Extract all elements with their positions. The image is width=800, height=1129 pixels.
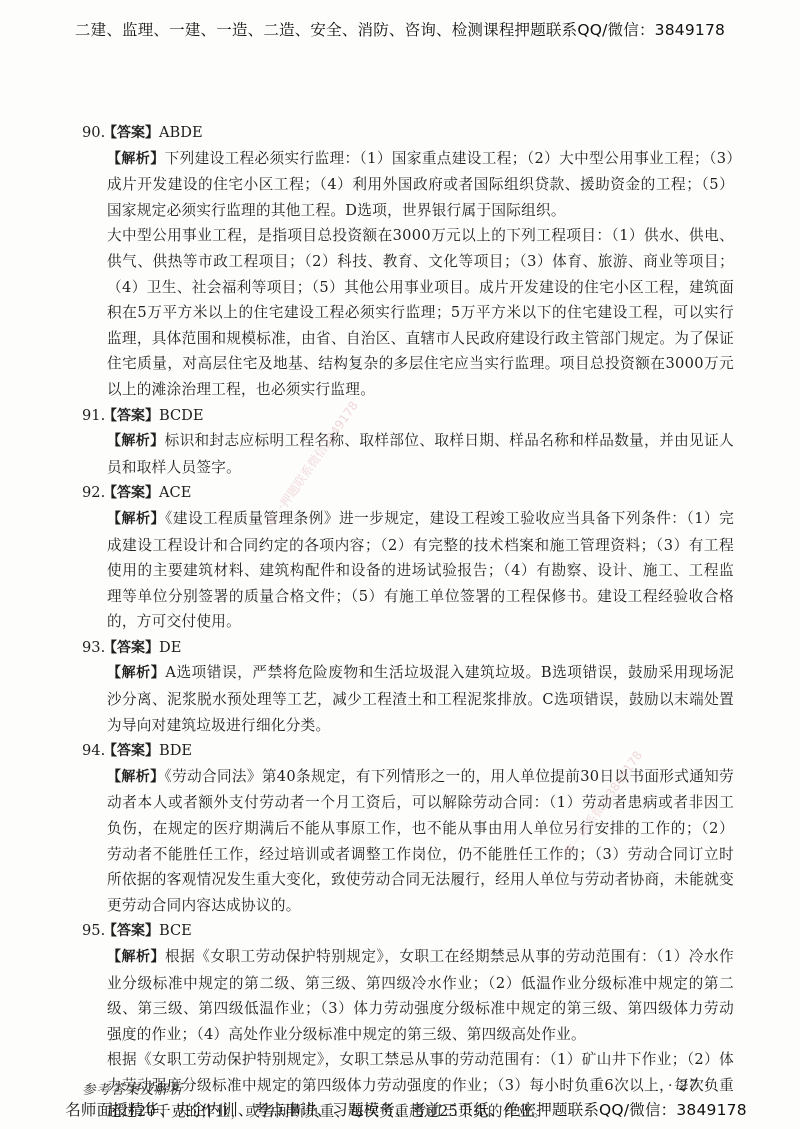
answer-item-93: 93.【答案】DE 【解析】A选项错误，严禁将危险废物和生活垃圾混入建筑垃圾。B… — [82, 635, 734, 738]
footer-section-label: 参考答案及解析 — [82, 1078, 184, 1098]
answer-line: 93.【答案】DE — [82, 635, 734, 661]
answer-item-94: 94.【答案】BDE 【解析】《劳动合同法》第40条规定，有下列情形之一的，用人… — [82, 738, 734, 918]
analysis-text: 根据《女职工劳动保护特别规定》，女职工在经期禁忌从事的劳动范围有：（1）冷水作业… — [107, 948, 734, 1043]
analysis-tag: 【解析】 — [107, 769, 164, 785]
analysis-paragraph: 【解析】根据《女职工劳动保护特别规定》，女职工在经期禁忌从事的劳动范围有：（1）… — [107, 944, 734, 1047]
question-number: 92. — [82, 480, 103, 506]
analysis-paragraph: 【解析】《劳动合同法》第40条规定，有下列情形之一的，用人单位提前30日以书面形… — [107, 764, 734, 919]
answer-item-92: 92.【答案】ACE 【解析】《建设工程质量管理条例》进一步规定，建设工程竣工验… — [82, 480, 734, 635]
answer-tag: 【答案】 — [103, 923, 159, 939]
analysis-text: A选项错误，严禁将危险废物和生活垃圾混入建筑垃圾。B选项错误，鼓励采用现场泥沙分… — [107, 664, 734, 733]
answer-tag: 【答案】 — [103, 743, 159, 759]
question-number: 94. — [82, 738, 103, 764]
analysis-paragraph: 【解析】下列建设工程必须实行监理：（1）国家重点建设工程；（2）大中型公用事业工… — [107, 146, 734, 224]
footer-contact-banner: 名师面授精华、央企内训、考点串讲、习题模考、考前三页纸、绝密押题联系QQ/微信：… — [0, 1098, 800, 1120]
answer-item-90: 90.【答案】ABDE 【解析】下列建设工程必须实行监理：（1）国家重点建设工程… — [82, 120, 734, 403]
analysis-text: 下列建设工程必须实行监理：（1）国家重点建设工程；（2）大中型公用事业工程；（3… — [107, 150, 734, 219]
question-number: 93. — [82, 635, 103, 661]
answer-tag: 【答案】 — [103, 640, 159, 656]
answer-tag: 【答案】 — [103, 408, 159, 424]
question-number: 91. — [82, 403, 103, 429]
answer-line: 94.【答案】BDE — [82, 738, 734, 764]
analysis-text: 《劳动合同法》第40条规定，有下列情形之一的，用人单位提前30日以书面形式通知劳… — [107, 768, 734, 914]
answer-tag: 【答案】 — [103, 125, 159, 141]
answer-list: 90.【答案】ABDE 【解析】下列建设工程必须实行监理：（1）国家重点建设工程… — [82, 120, 734, 1124]
answer-line: 95.【答案】BCE — [82, 918, 734, 944]
page-number: · 27 · — [668, 1078, 710, 1094]
analysis-paragraph: 【解析】A选项错误，严禁将危险废物和生活垃圾混入建筑垃圾。B选项错误，鼓励采用现… — [107, 660, 734, 738]
analysis-text: 标识和封志应标明工程名称、取样部位、取样日期、样品名称和样品数量，并由见证人员和… — [107, 432, 734, 476]
answer-item-91: 91.【答案】BCDE 【解析】标识和封志应标明工程名称、取样部位、取样日期、样… — [82, 403, 734, 481]
analysis-paragraph: 【解析】《建设工程质量管理条例》进一步规定，建设工程竣工验收应当具备下列条件：（… — [107, 506, 734, 635]
answer-value: ACE — [159, 484, 191, 501]
analysis-paragraph: 【解析】标识和封志应标明工程名称、取样部位、取样日期、样品名称和样品数量，并由见… — [107, 428, 734, 480]
answer-value: BDE — [159, 742, 192, 759]
answer-line: 91.【答案】BCDE — [82, 403, 734, 429]
answer-value: DE — [159, 639, 181, 656]
answer-value: ABDE — [159, 124, 203, 141]
answer-value: BCDE — [159, 407, 204, 424]
analysis-tag: 【解析】 — [107, 665, 165, 681]
analysis-tag: 【解析】 — [107, 511, 165, 527]
question-number: 90. — [82, 120, 103, 146]
analysis-text: 《建设工程质量管理条例》进一步规定，建设工程竣工验收应当具备下列条件：（1）完成… — [107, 510, 734, 630]
header-contact-banner: 二建、监理、一建、一造、二造、安全、消防、咨询、检测课程押题联系QQ/微信：38… — [0, 18, 800, 40]
answer-line: 90.【答案】ABDE — [82, 120, 734, 146]
analysis-tag: 【解析】 — [107, 151, 165, 167]
answer-value: BCE — [159, 922, 192, 939]
answer-tag: 【答案】 — [103, 485, 159, 501]
analysis-tag: 【解析】 — [107, 433, 165, 449]
analysis-tag: 【解析】 — [107, 949, 165, 965]
analysis-paragraph: 大中型公用事业工程，是指项目总投资额在3000万元以上的下列工程项目：（1）供水… — [107, 223, 734, 402]
question-number: 95. — [82, 918, 103, 944]
answer-line: 92.【答案】ACE — [82, 480, 734, 506]
